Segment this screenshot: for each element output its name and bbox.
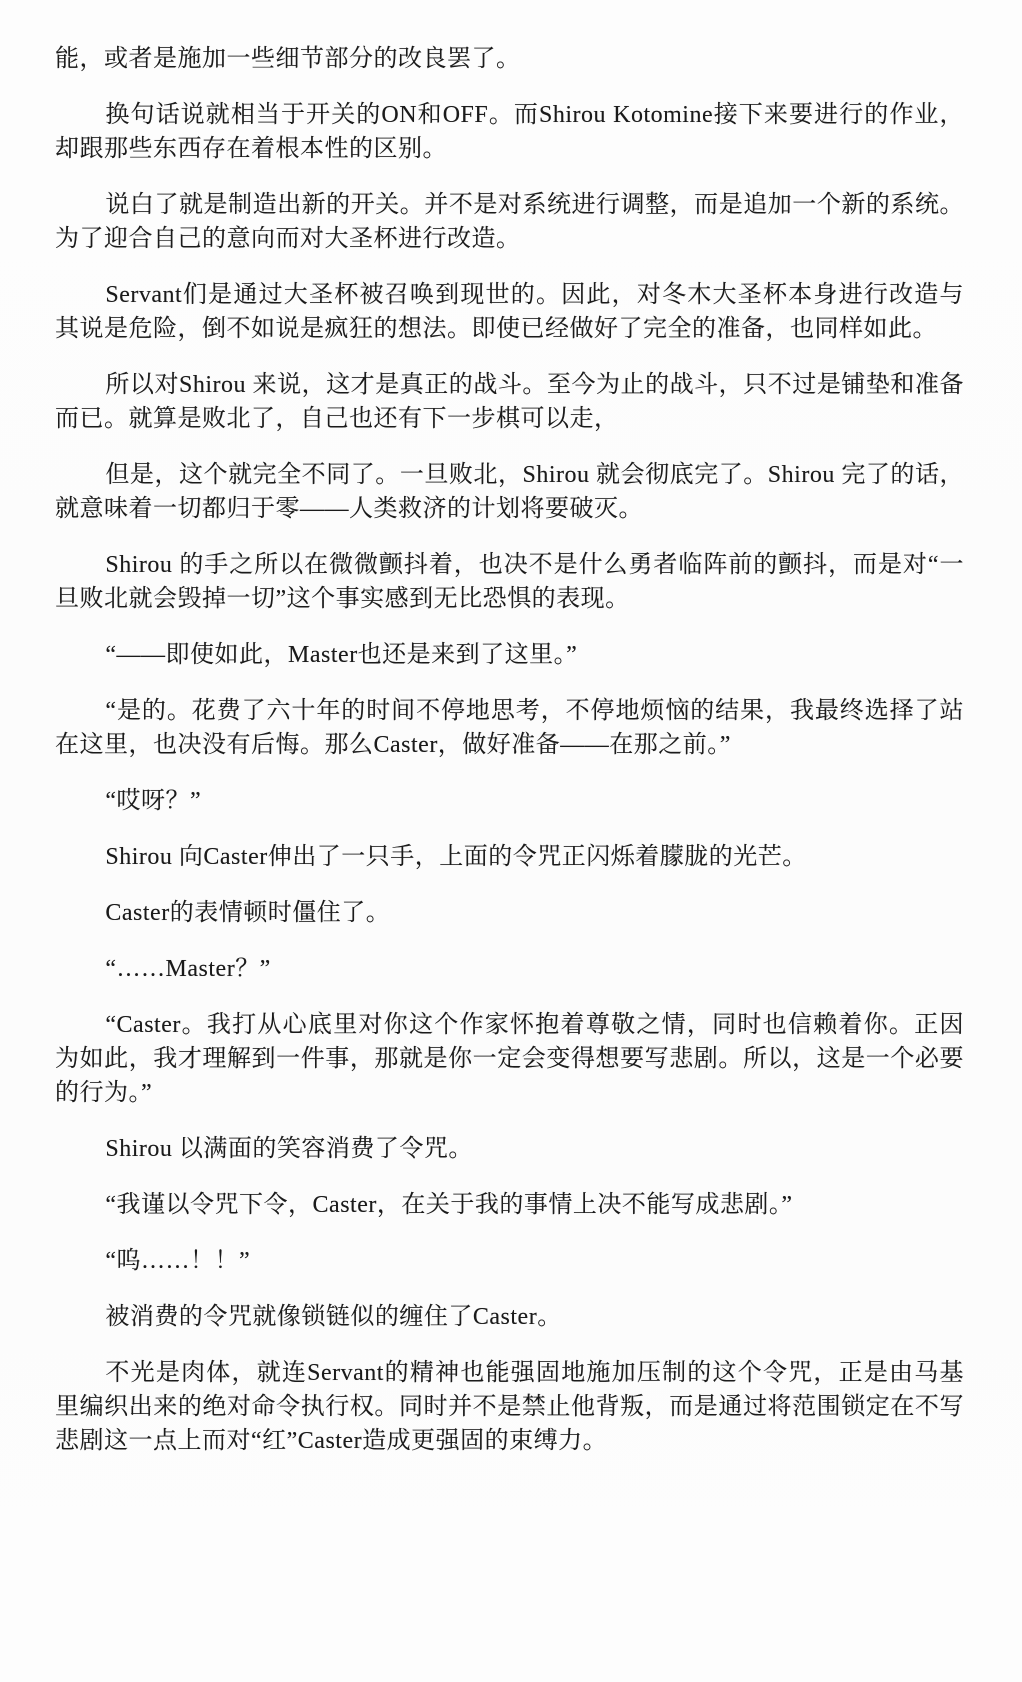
paragraph: “我谨以令咒下令，Caster，在关于我的事情上决不能写成悲剧。”: [55, 1188, 964, 1222]
paragraph: 换句话说就相当于开关的ON和OFF。而Shirou Kotomine接下来要进行…: [55, 98, 964, 166]
paragraph: “——即使如此，Master也还是来到了这里。”: [55, 638, 964, 672]
paragraph: 不光是肉体，就连Servant的精神也能强固地施加压制的这个令咒，正是由马基里编…: [55, 1356, 964, 1458]
paragraph: Shirou 以满面的笑容消费了令咒。: [55, 1132, 964, 1166]
paragraph: “哎呀？”: [55, 784, 964, 818]
paragraph: Shirou 向Caster伸出了一只手，上面的令咒正闪烁着朦胧的光芒。: [55, 840, 964, 874]
paragraph: 所以对Shirou 来说，这才是真正的战斗。至今为止的战斗，只不过是铺垫和准备而…: [55, 368, 964, 436]
document-page: 能，或者是施加一些细节部分的改良罢了。换句话说就相当于开关的ON和OFF。而Sh…: [0, 0, 1022, 1682]
paragraph: 能，或者是施加一些细节部分的改良罢了。: [55, 42, 964, 76]
paragraph: “是的。花费了六十年的时间不停地思考，不停地烦恼的结果，我最终选择了站在这里，也…: [55, 694, 964, 762]
paragraph: “Caster。我打从心底里对你这个作家怀抱着尊敬之情，同时也信赖着你。正因为如…: [55, 1008, 964, 1110]
paragraph: 说白了就是制造出新的开关。并不是对系统进行调整，而是追加一个新的系统。为了迎合自…: [55, 188, 964, 256]
paragraph: 被消费的令咒就像锁链似的缠住了Caster。: [55, 1300, 964, 1334]
text-column: 能，或者是施加一些细节部分的改良罢了。换句话说就相当于开关的ON和OFF。而Sh…: [55, 42, 964, 1458]
paragraph: “呜……！！”: [55, 1244, 964, 1278]
paragraph: Servant们是通过大圣杯被召唤到现世的。因此，对冬木大圣杯本身进行改造与其说…: [55, 278, 964, 346]
paragraph: Caster的表情顿时僵住了。: [55, 896, 964, 930]
paragraph: “……Master？”: [55, 952, 964, 986]
paragraph: Shirou 的手之所以在微微颤抖着，也决不是什么勇者临阵前的颤抖，而是对“一旦…: [55, 548, 964, 616]
paragraph: 但是，这个就完全不同了。一旦败北，Shirou 就会彻底完了。Shirou 完了…: [55, 458, 964, 526]
